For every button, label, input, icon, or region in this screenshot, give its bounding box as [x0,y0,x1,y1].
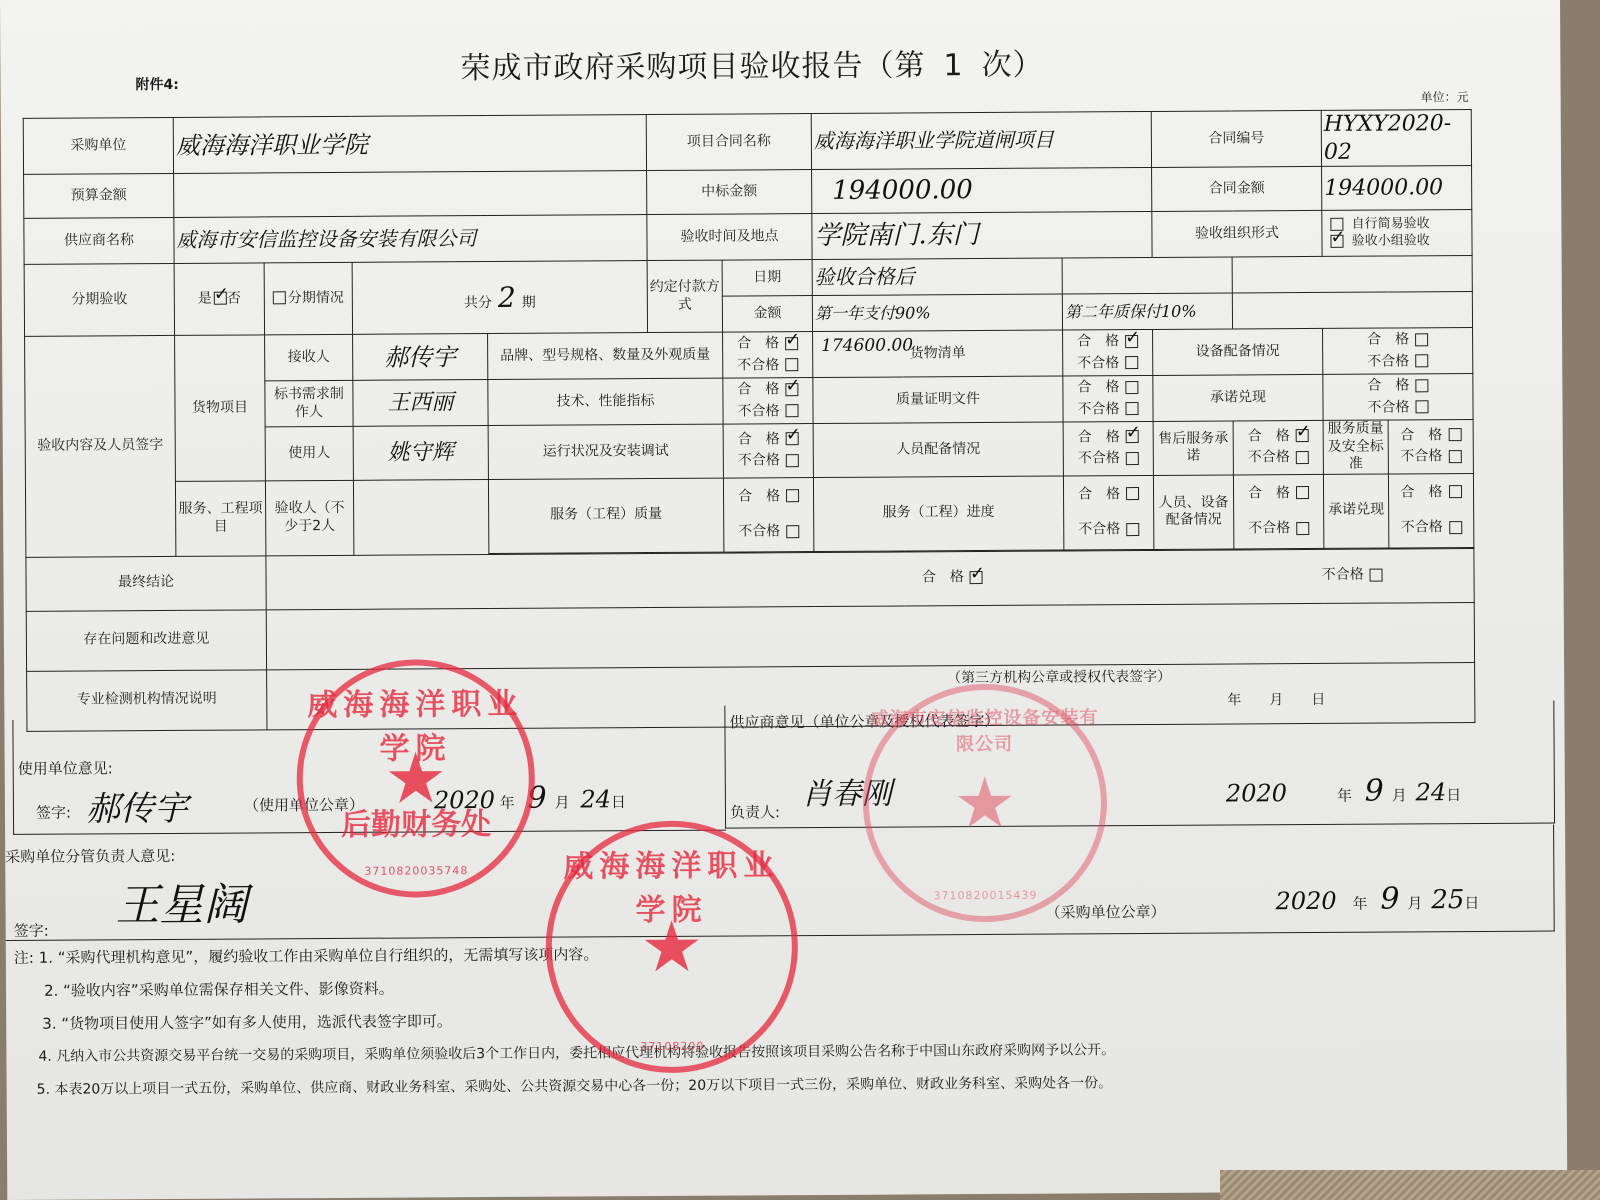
round-number[interactable]: 1 [943,48,963,83]
installment-label: 分期验收 [24,263,174,336]
checkbox-equipment-fail[interactable] [1415,354,1428,367]
time-place-label: 验收时间及地点 [647,214,812,261]
checkbox-goods-list-fail[interactable] [1125,356,1138,369]
checkbox-conclusion-pass[interactable] [970,571,983,584]
checkbox-service-progress-fail[interactable] [1126,523,1139,536]
checkbox-promise2-fail[interactable] [1449,521,1462,534]
budget-label: 预算金额 [24,173,174,218]
title-prefix: 荣成市政府采购项目验收报告（第 [460,48,925,86]
contract-amount-label: 合同金额 [1152,166,1322,211]
checkbox-brand-fail[interactable] [785,358,798,371]
staff-equipment-label: 人员、设备配备情况 [1153,474,1233,548]
payment-date-label: 日期 [722,260,812,297]
staff-equipment-checks: 合 格不合格 [1233,474,1323,549]
promise1-checks: 合 格不合格 [1323,374,1473,421]
checkbox-service-quality-pass[interactable] [786,489,799,502]
user-unit-label: 使用单位意见: [18,757,113,779]
tech-index-label: 技术、性能指标 [488,378,723,425]
service-safety-label: 服务质量及安全标准 [1323,420,1388,474]
purchaser-leader-date: 2020年 9月 25日 [1275,881,1479,917]
service-quality-checks: 合 格不合格 [723,477,813,552]
checkbox-service-quality-fail[interactable] [786,525,799,538]
service-acceptor-label: 验收人（不少于2人 [265,480,353,556]
checkbox-quality-doc-pass[interactable] [1125,381,1138,394]
goods-list-checks: 合 格不合格 [1063,329,1153,376]
checkbox-staffing-fail[interactable] [1126,452,1139,465]
brand-spec-label: 品牌、型号规格、数量及外观质量 [488,332,723,379]
checkbox-tech-fail[interactable] [785,404,798,417]
supplier-opinion: 供应商意见（单位公章及授权代表签字） 负责人: 肖春刚 2020年 9月 24日 [724,701,1555,829]
page-title: 荣成市政府采购项目验收报告（第1次） [460,40,1043,88]
org-option-simple[interactable]: 自行简易验收 [1324,216,1469,233]
org-form-label: 验收组织形式 [1152,210,1322,257]
supplier-responsible-label: 负责人: [730,801,780,822]
time-place-field[interactable]: 学院南门.东门 [812,211,1152,259]
goods-list-label: 174600.00货物清单 [813,330,1063,378]
contract-name-field[interactable]: 威海海洋职业学院道闸项目 [811,111,1151,169]
installment-total: 共分2期 [352,261,647,335]
checkbox-equipment-pass[interactable] [1415,333,1428,346]
payment-amount-field-2[interactable]: 第二年质保付10% [1062,293,1232,330]
contract-no-field[interactable]: HYXY2020-02 [1321,110,1471,167]
checkbox-staff-equipment-pass[interactable] [1296,486,1309,499]
bid-amount-label: 中标金额 [647,170,812,215]
checkbox-service-safety-pass[interactable] [1448,428,1461,441]
brand-spec-checks: 合 格不合格 [723,332,813,379]
staffing-checks: 合 格不合格 [1063,421,1153,475]
promise2-label: 承诺兑现 [1323,474,1388,548]
purchaser-seal-hint: （采购单位公章） [1046,901,1166,923]
payment-date-field[interactable]: 验收合格后 [812,258,1062,296]
user-unit-sign-label: 签字: [36,802,71,823]
installment-yes-no: 是否 [174,263,264,336]
checkbox-after-sales-fail[interactable] [1296,451,1309,464]
supplier-signature[interactable]: 肖春刚 [802,769,892,814]
supplier-opinion-label: 供应商意见（单位公章及授权代表签字） [729,710,999,733]
quality-doc-label: 质量证明文件 [813,376,1063,424]
goods-label: 货物项目 [175,335,266,481]
after-sales-label: 售后服务承诺 [1153,421,1233,475]
checkbox-promise1-pass[interactable] [1415,379,1428,392]
contract-no-label: 合同编号 [1151,110,1321,167]
background-fabric [1220,1170,1600,1200]
receiver-signature[interactable]: 郝传宇 [353,334,488,381]
checkbox-operation-pass[interactable] [786,432,799,445]
service-progress-label: 服务（工程）进度 [813,476,1063,552]
user-signature[interactable]: 姚守辉 [353,426,488,480]
attachment-label: 附件4: [135,74,178,94]
user-unit-date: 2020 年 9月 24日 [434,780,626,816]
budget-field[interactable] [174,171,647,218]
purchaser-field[interactable]: 威海海洋职业学院 [173,115,646,174]
note-5: 5. 本表20万以上项目一式五份，采购单位、供应商、财政业务科室、采购处、公共资… [15,1067,1116,1107]
inspection-sign-hint: （第三方机构公章或授权代表签字） [947,668,1171,687]
operation-label: 运行状况及安装调试 [488,424,723,479]
checkbox-team[interactable] [1330,234,1343,247]
equipment-label: 设备配备情况 [1153,328,1323,375]
brand-spec-note: 174600.00 [821,335,913,357]
conclusion-label: 最终结论 [26,555,266,610]
staffing-label: 人员配备情况 [813,422,1063,477]
checkbox-after-sales-pass[interactable] [1296,429,1309,442]
quality-doc-checks: 合 格不合格 [1063,375,1153,422]
acceptance-form-table: 采购单位 威海海洋职业学院 项目合同名称 威海海洋职业学院道闸项目 合同编号 H… [23,109,1476,731]
receiver-label: 接收人 [265,334,353,381]
conclusion-pass[interactable]: 合 格 [922,569,983,585]
report-paper: 附件4: 荣成市政府采购项目验收报告（第1次） 单位：元 采购单位 威海海洋职业… [0,0,1567,1200]
checkbox-promise1-fail[interactable] [1415,400,1428,413]
purchaser-leader-opinion: 采购单位分管负责人意见: 王星阔 签字: （采购单位公章） 2020年 9月 2… [5,825,1555,941]
payment-amount-label: 金额 [722,296,812,333]
payment-amount-field-1[interactable]: 第一年支付90% [812,294,1062,332]
checkbox-promise2-pass[interactable] [1448,485,1461,498]
service-safety-checks: 合 格不合格 [1388,420,1473,474]
purchaser-label: 采购单位 [23,117,173,174]
bid-amount-field[interactable]: 194000.00 [812,167,1152,213]
checkbox-installment-no[interactable] [273,292,286,305]
operation-checks: 合 格不合格 [723,424,813,478]
notes: 注: 1. “采购代理机构意见”，履约验收工作由采购单位自行组织的，无需填写该项… [14,935,1116,1107]
after-sales-checks: 合 格不合格 [1233,420,1323,474]
tender-maker-signature[interactable]: 王西丽 [353,380,488,427]
checkbox-brand-pass[interactable] [785,337,798,350]
service-progress-checks: 合 格不合格 [1063,475,1153,550]
purchaser-leader-label: 采购单位分管负责人意见: [5,845,175,867]
issues-label: 存在问题和改进意见 [26,609,266,670]
checkbox-goods-list-pass[interactable] [1125,335,1138,348]
unit-label: 单位：元 [1421,88,1469,105]
service-quality-label: 服务（工程）质量 [488,478,723,553]
user-unit-signature[interactable]: 郝传宇 [86,781,188,831]
checkbox-service-safety-fail[interactable] [1448,450,1461,463]
user-unit-opinion: 使用单位意见: 签字: 郝传宇 （使用单位公章） 2020 年 9月 24日 [12,716,726,835]
user-unit-seal-hint: （使用单位公章） [244,794,364,816]
checkbox-quality-doc-fail[interactable] [1125,402,1138,415]
contract-name-label: 项目合同名称 [646,114,811,171]
checkbox-staffing-pass[interactable] [1126,430,1139,443]
org-form-options: 自行简易验收 验收小组验收 [1322,210,1472,257]
payment-method-label: 约定付款方式 [647,260,722,332]
equipment-checks: 合 格不合格 [1323,328,1473,375]
acceptance-section-label: 验收内容及人员签字 [25,335,176,556]
issues-field[interactable] [266,602,1474,669]
purchaser-leader-sign-label: 签字: [14,920,49,941]
contract-amount-field[interactable]: 194000.00 [1322,166,1472,211]
checkbox-tech-pass[interactable] [785,383,798,396]
checkbox-service-progress-pass[interactable] [1126,487,1139,500]
installment-situation: 分期情况 [264,262,352,335]
supplier-date: 2020年 9月 24日 [1226,773,1462,809]
service-acceptor-signature[interactable] [353,479,488,555]
supplier-label: 供应商名称 [24,217,174,264]
promise1-label: 承诺兑现 [1153,374,1323,421]
checkbox-staff-equipment-fail[interactable] [1296,522,1309,535]
title-suffix: 次） [981,48,1043,83]
promise2-checks: 合 格不合格 [1388,473,1473,548]
checkbox-operation-fail[interactable] [786,454,799,467]
purchaser-leader-signature[interactable]: 王星阔 [115,869,247,934]
installment-count[interactable]: 2 [498,281,516,314]
checkbox-conclusion-fail[interactable] [1370,568,1383,581]
service-project-label: 服务、工程项目 [175,480,265,556]
conclusion-fail[interactable]: 不合格 [1322,567,1383,583]
tech-index-checks: 合 格不合格 [723,378,813,425]
conclusion-field: 合 格 不合格 [266,548,1474,609]
checkbox-installment-yes[interactable] [214,292,227,305]
user-label: 使用人 [265,426,353,480]
tender-maker-label: 标书需求制作人 [265,380,353,427]
supplier-field[interactable]: 威海市安信监控设备安装有限公司 [174,215,647,264]
org-option-team[interactable]: 验收小组验收 [1324,233,1469,250]
